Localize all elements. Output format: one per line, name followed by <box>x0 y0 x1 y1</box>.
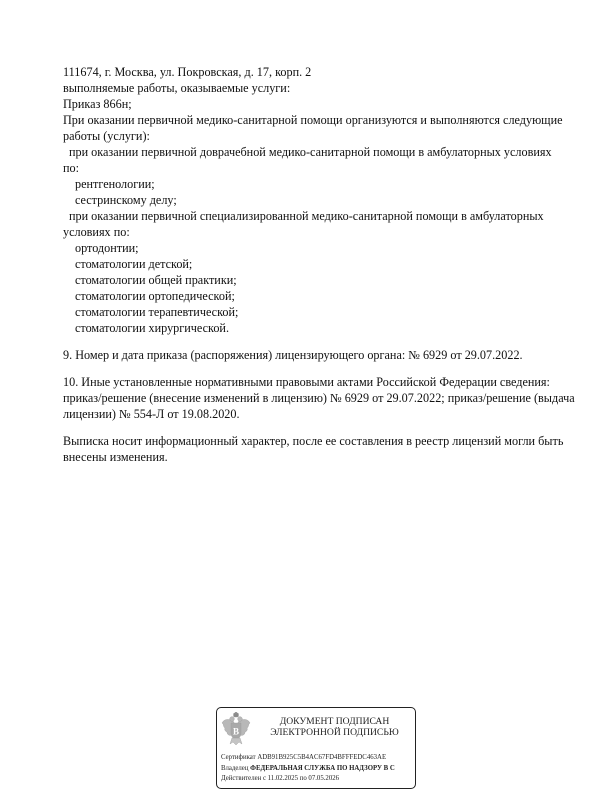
item-9-order-number: 9. Номер и дата приказа (распоряжения) л… <box>63 347 583 363</box>
russian-coat-of-arms-icon: B <box>221 712 251 746</box>
disclaimer-line-1: Выписка носит информационный характер, п… <box>63 433 583 449</box>
item-10-line-2: приказ/решение (внесение изменений в лиц… <box>63 390 583 406</box>
primary-prehospital-care-heading: при оказании первичной доврачебной медик… <box>63 144 583 160</box>
item-10-line-3: лицензии) № 554-Л от 19.08.2020. <box>63 406 583 422</box>
services-intro: При оказании первичной медико-санитарной… <box>63 112 583 128</box>
document-body: 111674, г. Москва, ул. Покровская, д. 17… <box>63 64 583 465</box>
service-item: рентгенологии; <box>63 176 583 192</box>
service-item: стоматологии терапевтической; <box>63 304 583 320</box>
specialized-care-heading-cont: условиях по: <box>63 224 583 240</box>
owner-row: Владелец ФЕДЕРАЛЬНАЯ СЛУЖБА ПО НАДЗОРУ В… <box>221 764 395 775</box>
service-item: ортодонтии; <box>63 240 583 256</box>
services-heading: выполняемые работы, оказываемые услуги: <box>63 80 583 96</box>
item-10-line-1: 10. Иные установленные нормативными прав… <box>63 374 583 390</box>
primary-prehospital-care-heading-cont: по: <box>63 160 583 176</box>
service-item: стоматологии детской; <box>63 256 583 272</box>
certificate-row: Сертификат ADB91B925C5B4AC67FD4BFFFEDC46… <box>221 753 395 764</box>
service-item: стоматологии хирургической. <box>63 320 583 336</box>
service-item: стоматологии общей практики; <box>63 272 583 288</box>
order-reference: Приказ 866н; <box>63 96 583 112</box>
service-item: сестринскому делу; <box>63 192 583 208</box>
disclaimer-line-2: внесены изменения. <box>63 449 583 465</box>
services-intro-cont: работы (услуги): <box>63 128 583 144</box>
validity-row: Действителен с 11.02.2025 по 07.05.2026 <box>221 774 395 785</box>
owner-label: Владелец <box>221 765 248 772</box>
address-line: 111674, г. Москва, ул. Покровская, д. 17… <box>63 64 583 80</box>
svg-text:B: B <box>233 727 239 737</box>
service-item: стоматологии ортопедической; <box>63 288 583 304</box>
stamp-details: Сертификат ADB91B925C5B4AC67FD4BFFFEDC46… <box>221 753 395 785</box>
certificate-value: ADB91B925C5B4AC67FD4BFFFEDC463AE <box>257 754 386 761</box>
certificate-label: Сертификат <box>221 754 256 761</box>
specialized-care-heading: при оказании первичной специализированно… <box>63 208 583 224</box>
stamp-title: ДОКУМЕНТ ПОДПИСАН ЭЛЕКТРОННОЙ ПОДПИСЬЮ <box>257 716 412 738</box>
stamp-title-line-1: ДОКУМЕНТ ПОДПИСАН <box>257 716 412 727</box>
stamp-title-line-2: ЭЛЕКТРОННОЙ ПОДПИСЬЮ <box>257 727 412 738</box>
electronic-signature-stamp: B ДОКУМЕНТ ПОДПИСАН ЭЛЕКТРОННОЙ ПОДПИСЬЮ… <box>216 707 416 789</box>
owner-value: ФЕДЕРАЛЬНАЯ СЛУЖБА ПО НАДЗОРУ В С <box>250 765 395 772</box>
